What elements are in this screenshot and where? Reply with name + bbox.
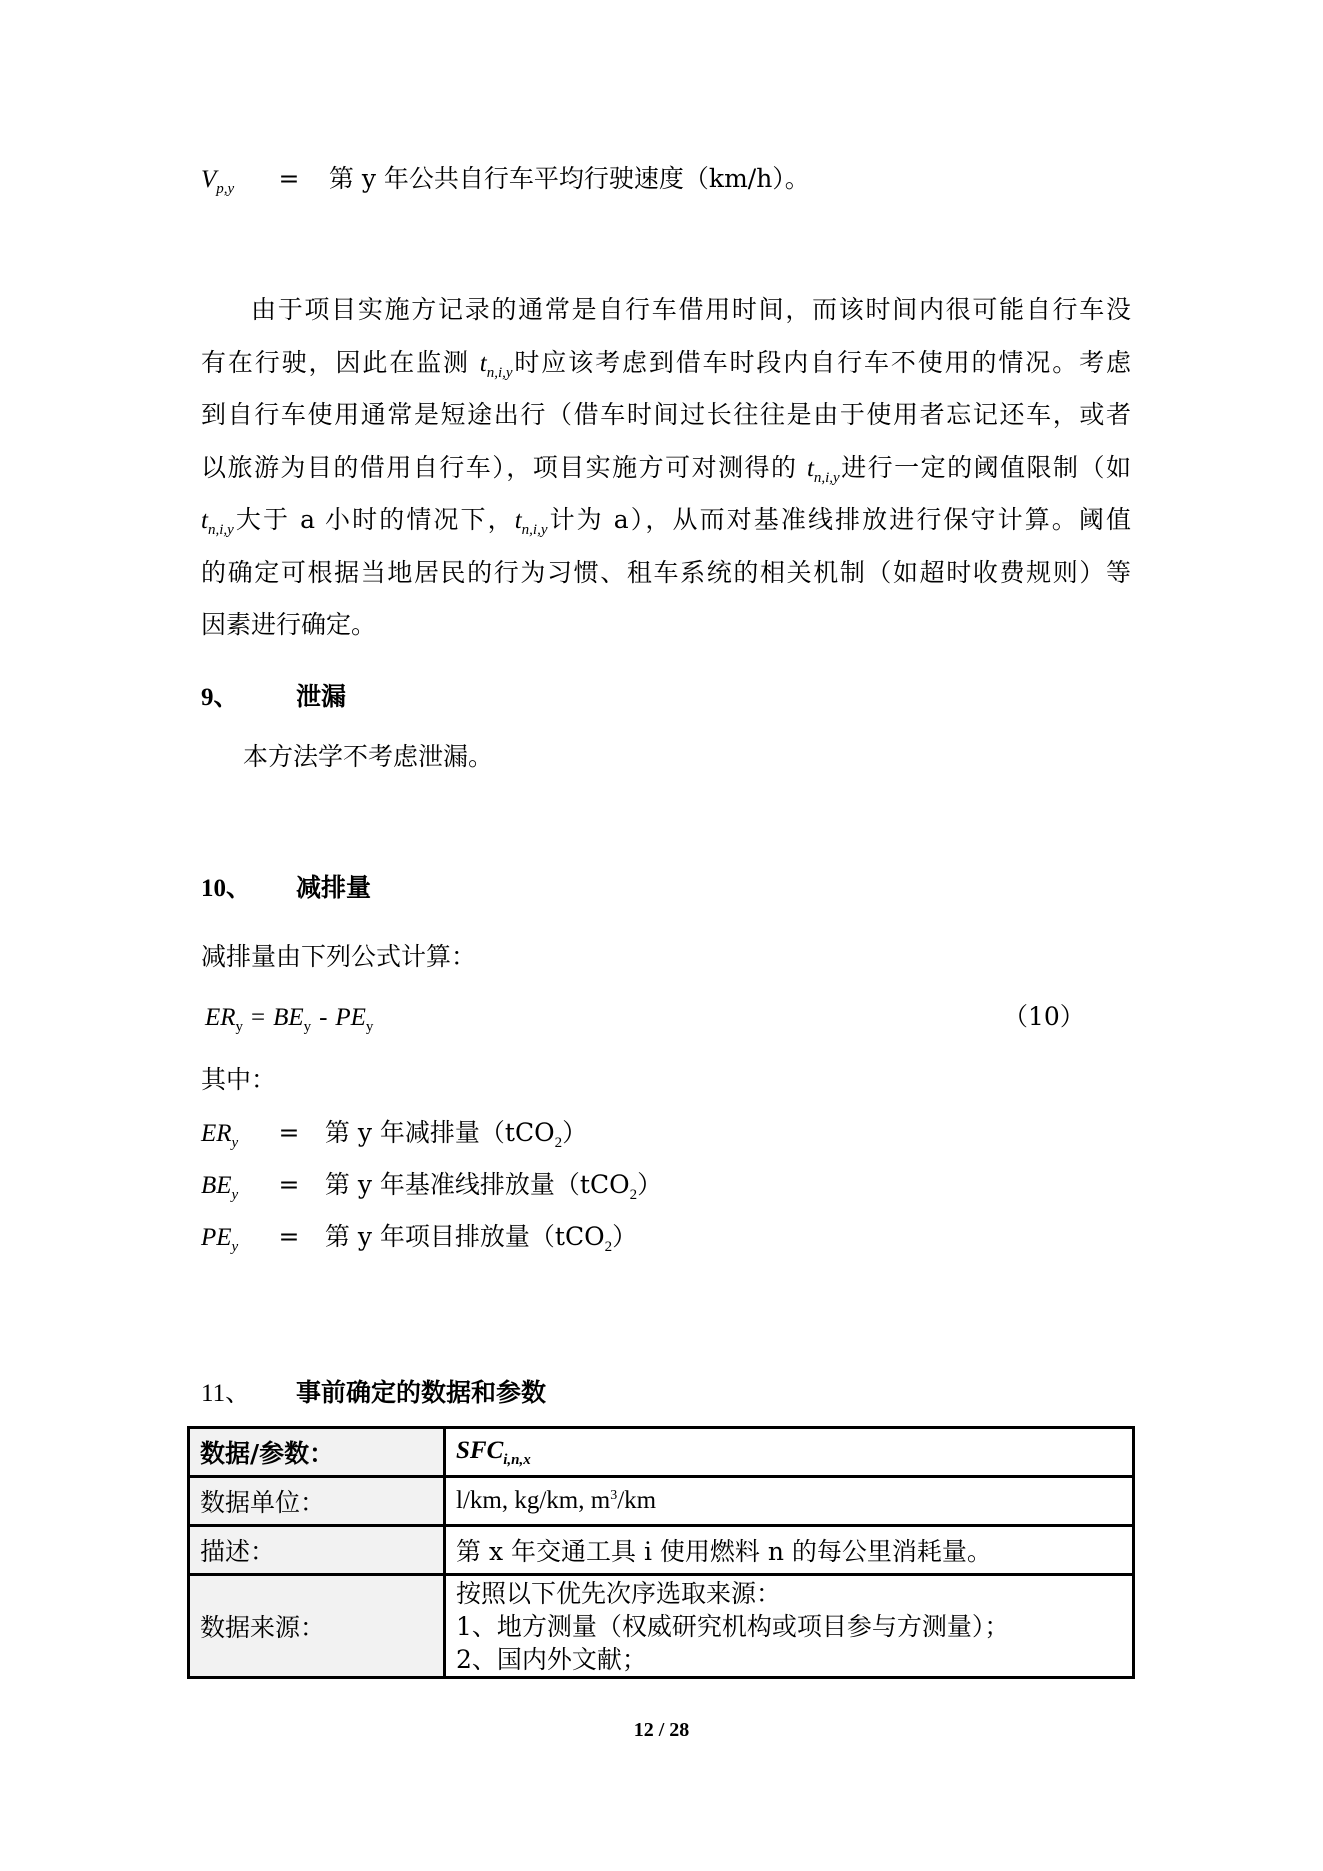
section-9-heading: 9、泄漏 (201, 677, 346, 717)
explanation-paragraph: 由于项目实施方记录的通常是自行车借用时间，而该时间内很可能自行车没 有在行驶，因… (201, 284, 1131, 652)
paragraph-line: tn,i,y大于 a 小时的情况下，tn,i,y计为 a），从而对基准线排放进行… (201, 494, 1131, 547)
section-11-heading: 11、事前确定的数据和参数 (201, 1373, 546, 1413)
symbol: Vp,y (201, 159, 261, 209)
section-9-body: 本方法学不考虑泄漏。 (243, 737, 493, 777)
equation-number: （10） (1003, 997, 1085, 1037)
parameter-table: 数据/参数： SFCi,n,x 数据单位： l/km, kg/km, m3/km… (187, 1426, 1135, 1679)
table-row: 数据单位： l/km, kg/km, m3/km (189, 1477, 1134, 1526)
paragraph-line: 以旅游为目的借用自行车），项目实施方可对测得的 tn,i,y进行一定的阈值限制（… (201, 442, 1131, 495)
table-row: 数据来源： 按照以下优先次序选取来源： 1、地方测量（权威研究机构或项目参与方测… (189, 1575, 1134, 1678)
paragraph-line: 因素进行确定。 (201, 599, 1131, 652)
equals-sign: = (269, 159, 309, 199)
section-title: 泄漏 (296, 682, 346, 711)
table-value: SFCi,n,x (445, 1428, 1134, 1477)
paragraph-line: 由于项目实施方记录的通常是自行车借用时间，而该时间内很可能自行车没 (201, 284, 1131, 337)
page-number: 12 / 28 (0, 1719, 1323, 1742)
section-number: 11、 (201, 1374, 296, 1414)
where-label: 其中： (201, 1060, 276, 1100)
section-number: 10、 (201, 869, 296, 909)
definition-be: BEy = 第 y 年基准线排放量（tCO2） (201, 1165, 662, 1205)
paragraph-line: 有在行驶，因此在监测 tn,i,y时应该考虑到借车时段内自行车不使用的情况。考虑 (201, 337, 1131, 390)
table-value: l/km, kg/km, m3/km (445, 1477, 1134, 1526)
section-title: 事前确定的数据和参数 (296, 1378, 546, 1407)
section-title: 减排量 (296, 873, 371, 902)
definition-vpy: Vp,y = 第 y 年公共自行车平均行驶速度（km/h）。 (201, 159, 810, 199)
table-value: 第 x 年交通工具 i 使用燃料 n 的每公里消耗量。 (445, 1526, 1134, 1575)
table-value: 按照以下优先次序选取来源： 1、地方测量（权威研究机构或项目参与方测量）； 2、… (445, 1575, 1134, 1678)
definition-er: ERy = 第 y 年减排量（tCO2） (201, 1113, 587, 1153)
table-key: 描述： (189, 1526, 445, 1575)
section-10-heading: 10、减排量 (201, 868, 371, 908)
table-row: 描述： 第 x 年交通工具 i 使用燃料 n 的每公里消耗量。 (189, 1526, 1134, 1575)
table-key: 数据来源： (189, 1575, 445, 1678)
table-key: 数据/参数： (189, 1428, 445, 1477)
paragraph-line: 到自行车使用通常是短途出行（借车时间过长往往是由于使用者忘记还车，或者 (201, 389, 1131, 442)
section-number: 9、 (201, 678, 296, 718)
paragraph-line: 的确定可根据当地居民的行为习惯、租车系统的相关机制（如超时收费规则）等 (201, 547, 1131, 600)
definition-text: 第 y 年公共自行车平均行驶速度（km/h）。 (329, 164, 810, 193)
table-key: 数据单位： (189, 1477, 445, 1526)
equation-10: ERy = BEy - PEy (205, 997, 373, 1047)
section-10-intro: 减排量由下列公式计算： (201, 937, 476, 977)
definition-pe: PEy = 第 y 年项目排放量（tCO2） (201, 1217, 637, 1257)
table-row: 数据/参数： SFCi,n,x (189, 1428, 1134, 1477)
